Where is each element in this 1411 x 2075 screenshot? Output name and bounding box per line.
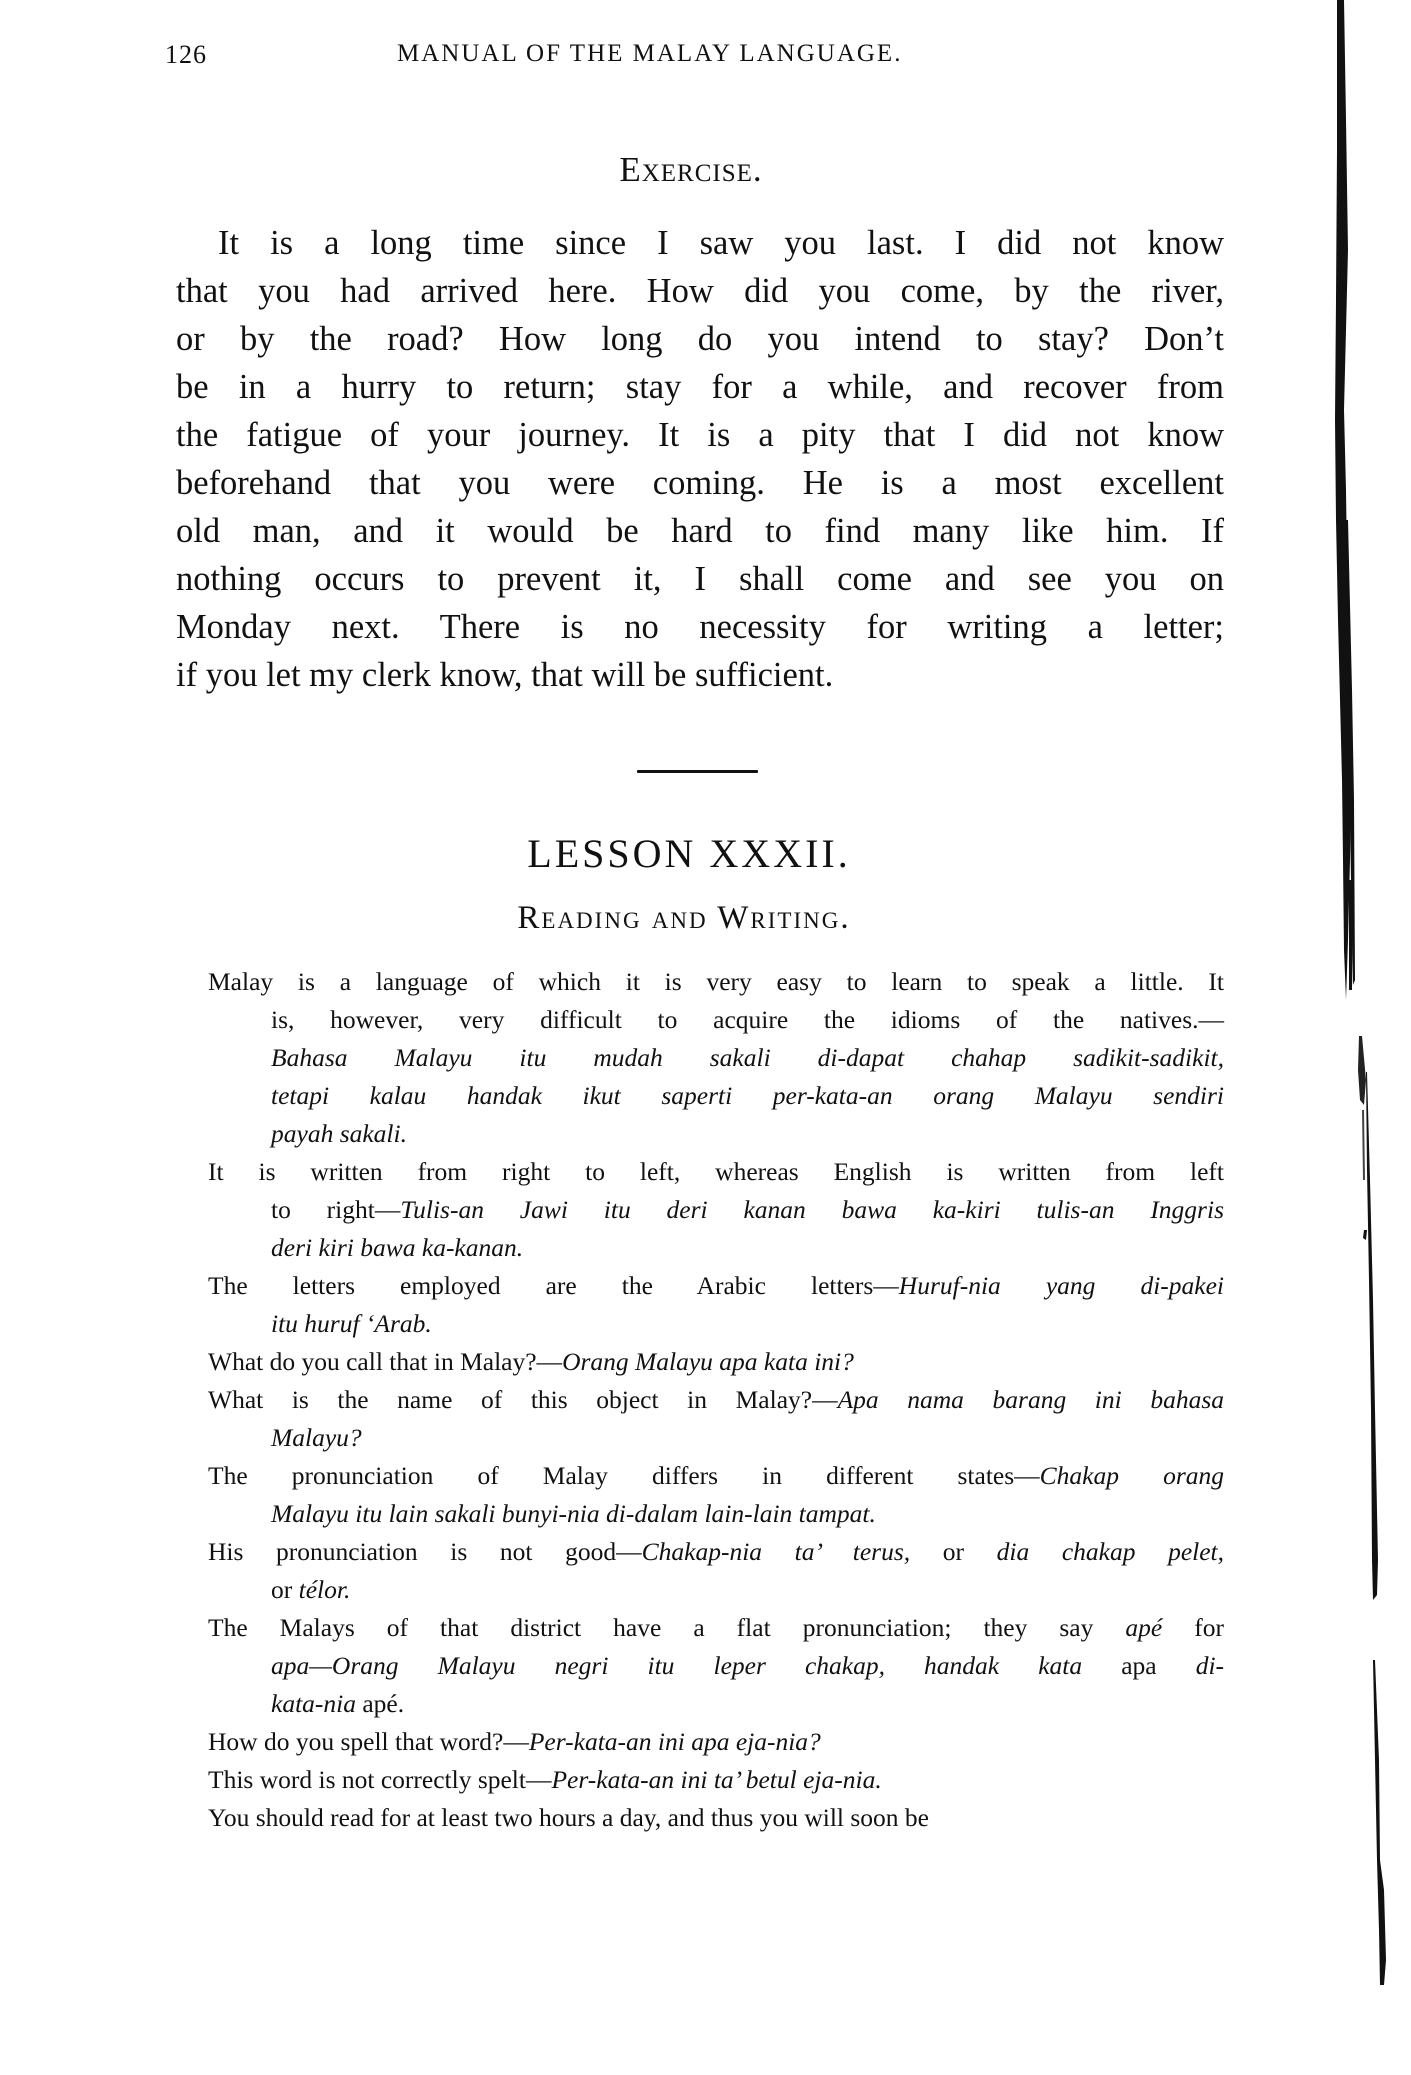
lesson-subtitle: Reading and Writing. — [0, 900, 1396, 937]
phrase-entry: The letters employed are the Arabic lett… — [208, 1267, 1224, 1343]
exercise-line: be in a hurry to return; stay for a whil… — [176, 363, 1224, 411]
phrase-entry: The Malays of that district have a flat … — [208, 1609, 1224, 1723]
exercise-paragraph: It is a long time since I saw you last. … — [176, 219, 1224, 699]
phrase-english-line: What do you call that in Malay?—Orang Ma… — [208, 1343, 1224, 1381]
phrase-entry: What is the name of this object in Malay… — [208, 1381, 1224, 1457]
phrase-continuation-line: is, however, very difficult to acquire t… — [208, 1001, 1224, 1039]
phrase-entry: It is written from right to left, wherea… — [208, 1153, 1224, 1267]
english-text: The Malays of that district have a flat … — [208, 1613, 1125, 1642]
running-head: 126 MANUAL OF THE MALAY LANGUAGE. — [165, 40, 1065, 80]
exercise-line: nothing occurs to prevent it, I shall co… — [176, 555, 1224, 603]
malay-translation-text: Malayu? — [271, 1423, 362, 1452]
english-text: Malay is a language of which it is very … — [208, 967, 1224, 996]
running-title: MANUAL OF THE MALAY LANGUAGE. — [397, 40, 902, 68]
malay-translation-text: Chakap orang — [1040, 1461, 1224, 1490]
english-text: or — [910, 1537, 996, 1566]
phrase-continuation-line: Malayu itu lain sakali bunyi-nia di-dala… — [208, 1495, 1224, 1533]
malay-translation-text: Chakap-nia ta’ terus, — [642, 1537, 911, 1566]
malay-translation-text: télor. — [299, 1575, 351, 1604]
phrase-continuation-line: payah sakali. — [208, 1115, 1224, 1153]
exercise-line: the fatigue of your journey. It is a pit… — [176, 411, 1224, 459]
exercise-line: if you let my clerk know, that will be s… — [176, 651, 1224, 699]
english-text: What is the name of this object in Malay… — [208, 1385, 838, 1414]
english-text: You should read for at least two hours a… — [208, 1803, 929, 1832]
lesson-title: LESSON XXXII. — [0, 830, 1401, 877]
phrase-list: Malay is a language of which it is very … — [208, 963, 1224, 1837]
malay-translation-text: Per-kata-an ini ta’ betul eja-nia. — [551, 1765, 881, 1794]
exercise-line: old man, and it would be hard to find ma… — [176, 507, 1224, 555]
phrase-english-line: Malay is a language of which it is very … — [208, 963, 1224, 1001]
malay-translation-text: di- — [1196, 1651, 1224, 1680]
exercise-line: Monday next. There is no necessity for w… — [176, 603, 1224, 651]
malay-translation-text: apé — [1125, 1613, 1162, 1642]
malay-translation-text: apa—Orang Malayu negri itu leper chakap,… — [271, 1651, 1082, 1680]
english-text: apé. — [356, 1689, 404, 1718]
phrase-english-line: The letters employed are the Arabic lett… — [208, 1267, 1224, 1305]
english-text: How do you spell that word?— — [208, 1727, 529, 1756]
malay-translation-text: tetapi kalau handak ikut saperti per-kat… — [271, 1081, 1224, 1110]
english-text: What do you call that in Malay?— — [208, 1347, 562, 1376]
phrase-entry: Malay is a language of which it is very … — [208, 963, 1224, 1153]
exercise-line: that you had arrived here. How did you c… — [176, 267, 1224, 315]
english-text: to right— — [271, 1195, 400, 1224]
english-text: The pronunciation of Malay differs in di… — [208, 1461, 1040, 1490]
exercise-line: It is a long time since I saw you last. … — [176, 219, 1224, 267]
malay-translation-text: dia chakap pelet, — [997, 1537, 1224, 1566]
malay-translation-text: Orang Malayu apa kata ini? — [562, 1347, 854, 1376]
phrase-english-line: The Malays of that district have a flat … — [208, 1609, 1224, 1647]
phrase-continuation-line: to right—Tulis-an Jawi itu deri kanan ba… — [208, 1191, 1224, 1229]
phrase-continuation-line: Malayu? — [208, 1419, 1224, 1457]
malay-translation-text: Malayu itu lain sakali bunyi-nia di-dala… — [271, 1499, 876, 1528]
english-text: His pronunciation is not good— — [208, 1537, 642, 1566]
phrase-english-line: You should read for at least two hours a… — [208, 1799, 1224, 1837]
phrase-continuation-line: tetapi kalau handak ikut saperti per-kat… — [208, 1077, 1224, 1115]
phrase-entry: What do you call that in Malay?—Orang Ma… — [208, 1343, 1224, 1381]
phrase-continuation-line: deri kiri bawa ka-kanan. — [208, 1229, 1224, 1267]
malay-translation-text: Tulis-an Jawi itu deri kanan bawa ka-kir… — [400, 1195, 1224, 1224]
phrase-english-line: This word is not correctly spelt—Per-kat… — [208, 1761, 1224, 1799]
english-text: or — [271, 1575, 299, 1604]
exercise-line: beforehand that you were coming. He is a… — [176, 459, 1224, 507]
phrase-continuation-line: Bahasa Malayu itu mudah sakali di-dapat … — [208, 1039, 1224, 1077]
section-divider-rule — [637, 770, 758, 773]
book-page: 126 MANUAL OF THE MALAY LANGUAGE. Exerci… — [0, 0, 1411, 2075]
phrase-entry: You should read for at least two hours a… — [208, 1799, 1224, 1837]
exercise-line: or by the road? How long do you intend t… — [176, 315, 1224, 363]
english-text: The letters employed are the Arabic lett… — [208, 1271, 899, 1300]
english-text: This word is not correctly spelt— — [208, 1765, 551, 1794]
malay-translation-text: payah sakali. — [271, 1119, 407, 1148]
english-text: It is written from right to left, wherea… — [208, 1157, 1224, 1186]
phrase-entry: How do you spell that word?—Per-kata-an … — [208, 1723, 1224, 1761]
malay-translation-text: Apa nama barang ini bahasa — [838, 1385, 1224, 1414]
malay-translation-text: kata-nia — [271, 1689, 356, 1718]
page-number: 126 — [165, 40, 207, 70]
malay-translation-text: Per-kata-an ini apa eja-nia? — [529, 1727, 821, 1756]
english-text: apa — [1082, 1651, 1196, 1680]
malay-translation-text: deri kiri bawa ka-kanan. — [271, 1233, 523, 1262]
phrase-continuation-line: itu huruf ‘Arab. — [208, 1305, 1224, 1343]
exercise-heading: Exercise. — [0, 150, 1403, 190]
phrase-english-line: It is written from right to left, wherea… — [208, 1153, 1224, 1191]
phrase-continuation-line: apa—Orang Malayu negri itu leper chakap,… — [208, 1647, 1224, 1685]
phrase-english-line: How do you spell that word?—Per-kata-an … — [208, 1723, 1224, 1761]
english-text: for — [1162, 1613, 1224, 1642]
phrase-english-line: What is the name of this object in Malay… — [208, 1381, 1224, 1419]
malay-translation-text: Huruf-nia yang di-pakei — [899, 1271, 1224, 1300]
malay-translation-text: itu huruf ‘Arab. — [271, 1309, 432, 1338]
phrase-entry: The pronunciation of Malay differs in di… — [208, 1457, 1224, 1533]
phrase-english-line: The pronunciation of Malay differs in di… — [208, 1457, 1224, 1495]
scan-edge-artifact-icon — [1300, 0, 1411, 2075]
phrase-entry: His pronunciation is not good—Chakap-nia… — [208, 1533, 1224, 1609]
phrase-continuation-line: or télor. — [208, 1571, 1224, 1609]
malay-translation-text: Bahasa Malayu itu mudah sakali di-dapat … — [271, 1043, 1224, 1072]
phrase-english-line: His pronunciation is not good—Chakap-nia… — [208, 1533, 1224, 1571]
phrase-continuation-line: kata-nia apé. — [208, 1685, 1224, 1723]
phrase-entry: This word is not correctly spelt—Per-kat… — [208, 1761, 1224, 1799]
english-text: is, however, very difficult to acquire t… — [271, 1005, 1224, 1034]
